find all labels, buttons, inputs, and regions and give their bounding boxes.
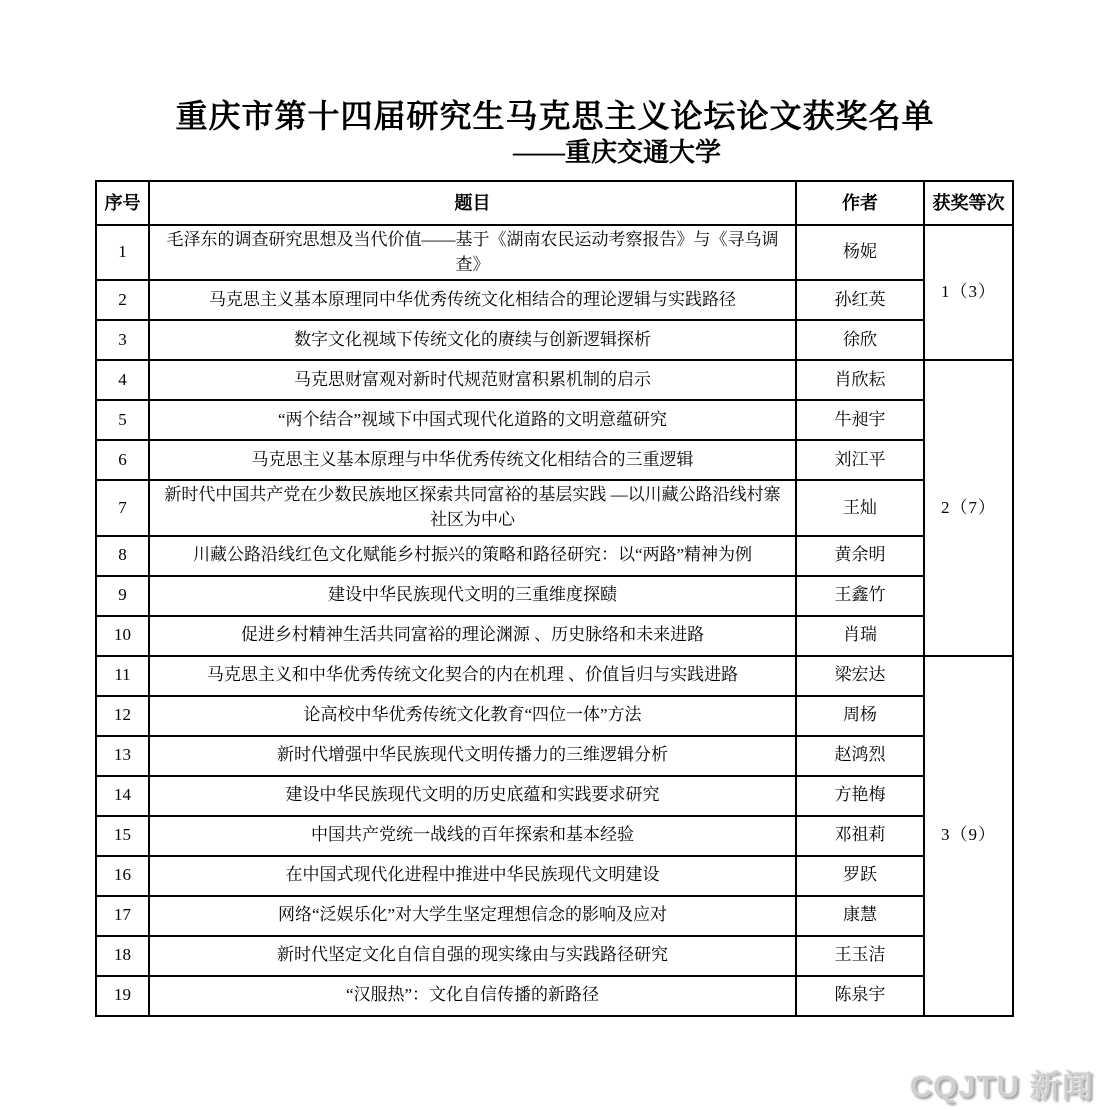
table-body: 1毛泽东的调查研究思想及当代价值——基于《湖南农民运动考察报告》与《寻乌调查》杨… xyxy=(96,225,1013,1016)
cell-author: 邓祖莉 xyxy=(796,816,924,856)
cell-paper-title: 马克思主义和中华优秀传统文化契合的内在机理 、价值旨归与实践进路 xyxy=(149,656,796,696)
table-row: 19“汉服热”：文化自信传播的新路径陈泉宇 xyxy=(96,976,1013,1016)
table-row: 15中国共产党统一战线的百年探索和基本经验邓祖莉 xyxy=(96,816,1013,856)
cell-number: 5 xyxy=(96,400,149,440)
cell-author: 牛昶宇 xyxy=(796,400,924,440)
cell-paper-title: 数字文化视域下传统文化的赓续与创新逻辑探析 xyxy=(149,320,796,360)
watermark-cjk-text: 新闻 xyxy=(1030,1069,1094,1104)
cell-number: 15 xyxy=(96,816,149,856)
cell-paper-title: “两个结合”视域下中国式现代化道路的文明意蕴研究 xyxy=(149,400,796,440)
table-row: 8川藏公路沿线红色文化赋能乡村振兴的策略和路径研究：以“两路”精神为例黄余明 xyxy=(96,536,1013,576)
cell-author: 杨妮 xyxy=(796,225,924,280)
cell-author: 刘江平 xyxy=(796,440,924,480)
cell-paper-title: 毛泽东的调查研究思想及当代价值——基于《湖南农民运动考察报告》与《寻乌调查》 xyxy=(149,225,796,280)
cell-number: 10 xyxy=(96,616,149,656)
cell-number: 12 xyxy=(96,696,149,736)
cell-author: 肖欣耘 xyxy=(796,360,924,400)
cell-paper-title: 新时代坚定文化自信自强的现实缘由与实践路径研究 xyxy=(149,936,796,976)
table-row: 11马克思主义和中华优秀传统文化契合的内在机理 、价值旨归与实践进路梁宏达3（9… xyxy=(96,656,1013,696)
cell-number: 11 xyxy=(96,656,149,696)
table-row: 7新时代中国共产党在少数民族地区探索共同富裕的基层实践 —以川藏公路沿线村寨社区… xyxy=(96,480,1013,535)
cell-paper-title: 中国共产党统一战线的百年探索和基本经验 xyxy=(149,816,796,856)
header-title: 题目 xyxy=(149,181,796,225)
cell-paper-title: 马克思主义基本原理与中华优秀传统文化相结合的三重逻辑 xyxy=(149,440,796,480)
cell-number: 19 xyxy=(96,976,149,1016)
cell-paper-title: 新时代中国共产党在少数民族地区探索共同富裕的基层实践 —以川藏公路沿线村寨社区为… xyxy=(149,480,796,535)
cell-author: 方艳梅 xyxy=(796,776,924,816)
cell-paper-title: 新时代增强中华民族现代文明传播力的三维逻辑分析 xyxy=(149,736,796,776)
watermark-latin-text: CQJTU xyxy=(910,1069,1020,1104)
table-row: 18新时代坚定文化自信自强的现实缘由与实践路径研究王玉洁 xyxy=(96,936,1013,976)
table-row: 1毛泽东的调查研究思想及当代价值——基于《湖南农民运动考察报告》与《寻乌调查》杨… xyxy=(96,225,1013,280)
cell-number: 3 xyxy=(96,320,149,360)
cell-number: 2 xyxy=(96,280,149,320)
header-author: 作者 xyxy=(796,181,924,225)
header-award-level: 获奖等次 xyxy=(924,181,1013,225)
cell-award-level: 2（7） xyxy=(924,360,1013,655)
cell-author: 周杨 xyxy=(796,696,924,736)
cell-number: 14 xyxy=(96,776,149,816)
table-row: 4马克思财富观对新时代规范财富积累机制的启示肖欣耘2（7） xyxy=(96,360,1013,400)
table-row: 10促进乡村精神生活共同富裕的理论渊源 、历史脉络和未来进路肖瑞 xyxy=(96,616,1013,656)
cell-author: 王鑫竹 xyxy=(796,576,924,616)
table-row: 13新时代增强中华民族现代文明传播力的三维逻辑分析赵鸿烈 xyxy=(96,736,1013,776)
cell-number: 13 xyxy=(96,736,149,776)
cell-author: 黄余明 xyxy=(796,536,924,576)
table-row: 3数字文化视域下传统文化的赓续与创新逻辑探析徐欣 xyxy=(96,320,1013,360)
cell-award-level: 3（9） xyxy=(924,656,1013,1016)
cell-paper-title: 马克思主义基本原理同中华优秀传统文化相结合的理论逻辑与实践路径 xyxy=(149,280,796,320)
cell-author: 王玉洁 xyxy=(796,936,924,976)
watermark-logo: CQJTU新闻 xyxy=(910,1061,1094,1106)
cell-author: 陈泉宇 xyxy=(796,976,924,1016)
cell-paper-title: 网络“泛娱乐化”对大学生坚定理想信念的影响及应对 xyxy=(149,896,796,936)
cell-paper-title: 建设中华民族现代文明的历史底蕴和实践要求研究 xyxy=(149,776,796,816)
cell-paper-title: 建设中华民族现代文明的三重维度探赜 xyxy=(149,576,796,616)
table-row: 6马克思主义基本原理与中华优秀传统文化相结合的三重逻辑刘江平 xyxy=(96,440,1013,480)
cell-number: 8 xyxy=(96,536,149,576)
cell-author: 罗跃 xyxy=(796,856,924,896)
cell-paper-title: 论高校中华优秀传统文化教育“四位一体”方法 xyxy=(149,696,796,736)
cell-number: 1 xyxy=(96,225,149,280)
cell-number: 16 xyxy=(96,856,149,896)
table-row: 12论高校中华优秀传统文化教育“四位一体”方法周杨 xyxy=(96,696,1013,736)
document-page: 重庆市第十四届研究生马克思主义论坛论文获奖名单 ——重庆交通大学 序号 题目 作… xyxy=(0,0,1110,1110)
page-subtitle: ——重庆交通大学 xyxy=(62,139,1110,168)
cell-author: 赵鸿烈 xyxy=(796,736,924,776)
cell-author: 王灿 xyxy=(796,480,924,535)
cell-number: 4 xyxy=(96,360,149,400)
cell-author: 肖瑞 xyxy=(796,616,924,656)
cell-paper-title: “汉服热”：文化自信传播的新路径 xyxy=(149,976,796,1016)
cell-author: 徐欣 xyxy=(796,320,924,360)
table-header-row: 序号 题目 作者 获奖等次 xyxy=(96,181,1013,225)
cell-number: 7 xyxy=(96,480,149,535)
cell-paper-title: 促进乡村精神生活共同富裕的理论渊源 、历史脉络和未来进路 xyxy=(149,616,796,656)
table-row: 9建设中华民族现代文明的三重维度探赜王鑫竹 xyxy=(96,576,1013,616)
header-number: 序号 xyxy=(96,181,149,225)
table-row: 14建设中华民族现代文明的历史底蕴和实践要求研究方艳梅 xyxy=(96,776,1013,816)
cell-award-level: 1（3） xyxy=(924,225,1013,360)
cell-number: 18 xyxy=(96,936,149,976)
cell-author: 梁宏达 xyxy=(796,656,924,696)
table-row: 16在中国式现代化进程中推进中华民族现代文明建设罗跃 xyxy=(96,856,1013,896)
award-table: 序号 题目 作者 获奖等次 1毛泽东的调查研究思想及当代价值——基于《湖南农民运… xyxy=(95,180,1014,1017)
cell-author: 孙红英 xyxy=(796,280,924,320)
cell-number: 17 xyxy=(96,896,149,936)
cell-paper-title: 马克思财富观对新时代规范财富积累机制的启示 xyxy=(149,360,796,400)
table-row: 2马克思主义基本原理同中华优秀传统文化相结合的理论逻辑与实践路径孙红英 xyxy=(96,280,1013,320)
cell-paper-title: 在中国式现代化进程中推进中华民族现代文明建设 xyxy=(149,856,796,896)
cell-number: 6 xyxy=(96,440,149,480)
page-title: 重庆市第十四届研究生马克思主义论坛论文获奖名单 xyxy=(0,0,1110,135)
cell-number: 9 xyxy=(96,576,149,616)
cell-author: 康慧 xyxy=(796,896,924,936)
table-row: 5“两个结合”视域下中国式现代化道路的文明意蕴研究牛昶宇 xyxy=(96,400,1013,440)
table-row: 17网络“泛娱乐化”对大学生坚定理想信念的影响及应对康慧 xyxy=(96,896,1013,936)
cell-paper-title: 川藏公路沿线红色文化赋能乡村振兴的策略和路径研究：以“两路”精神为例 xyxy=(149,536,796,576)
